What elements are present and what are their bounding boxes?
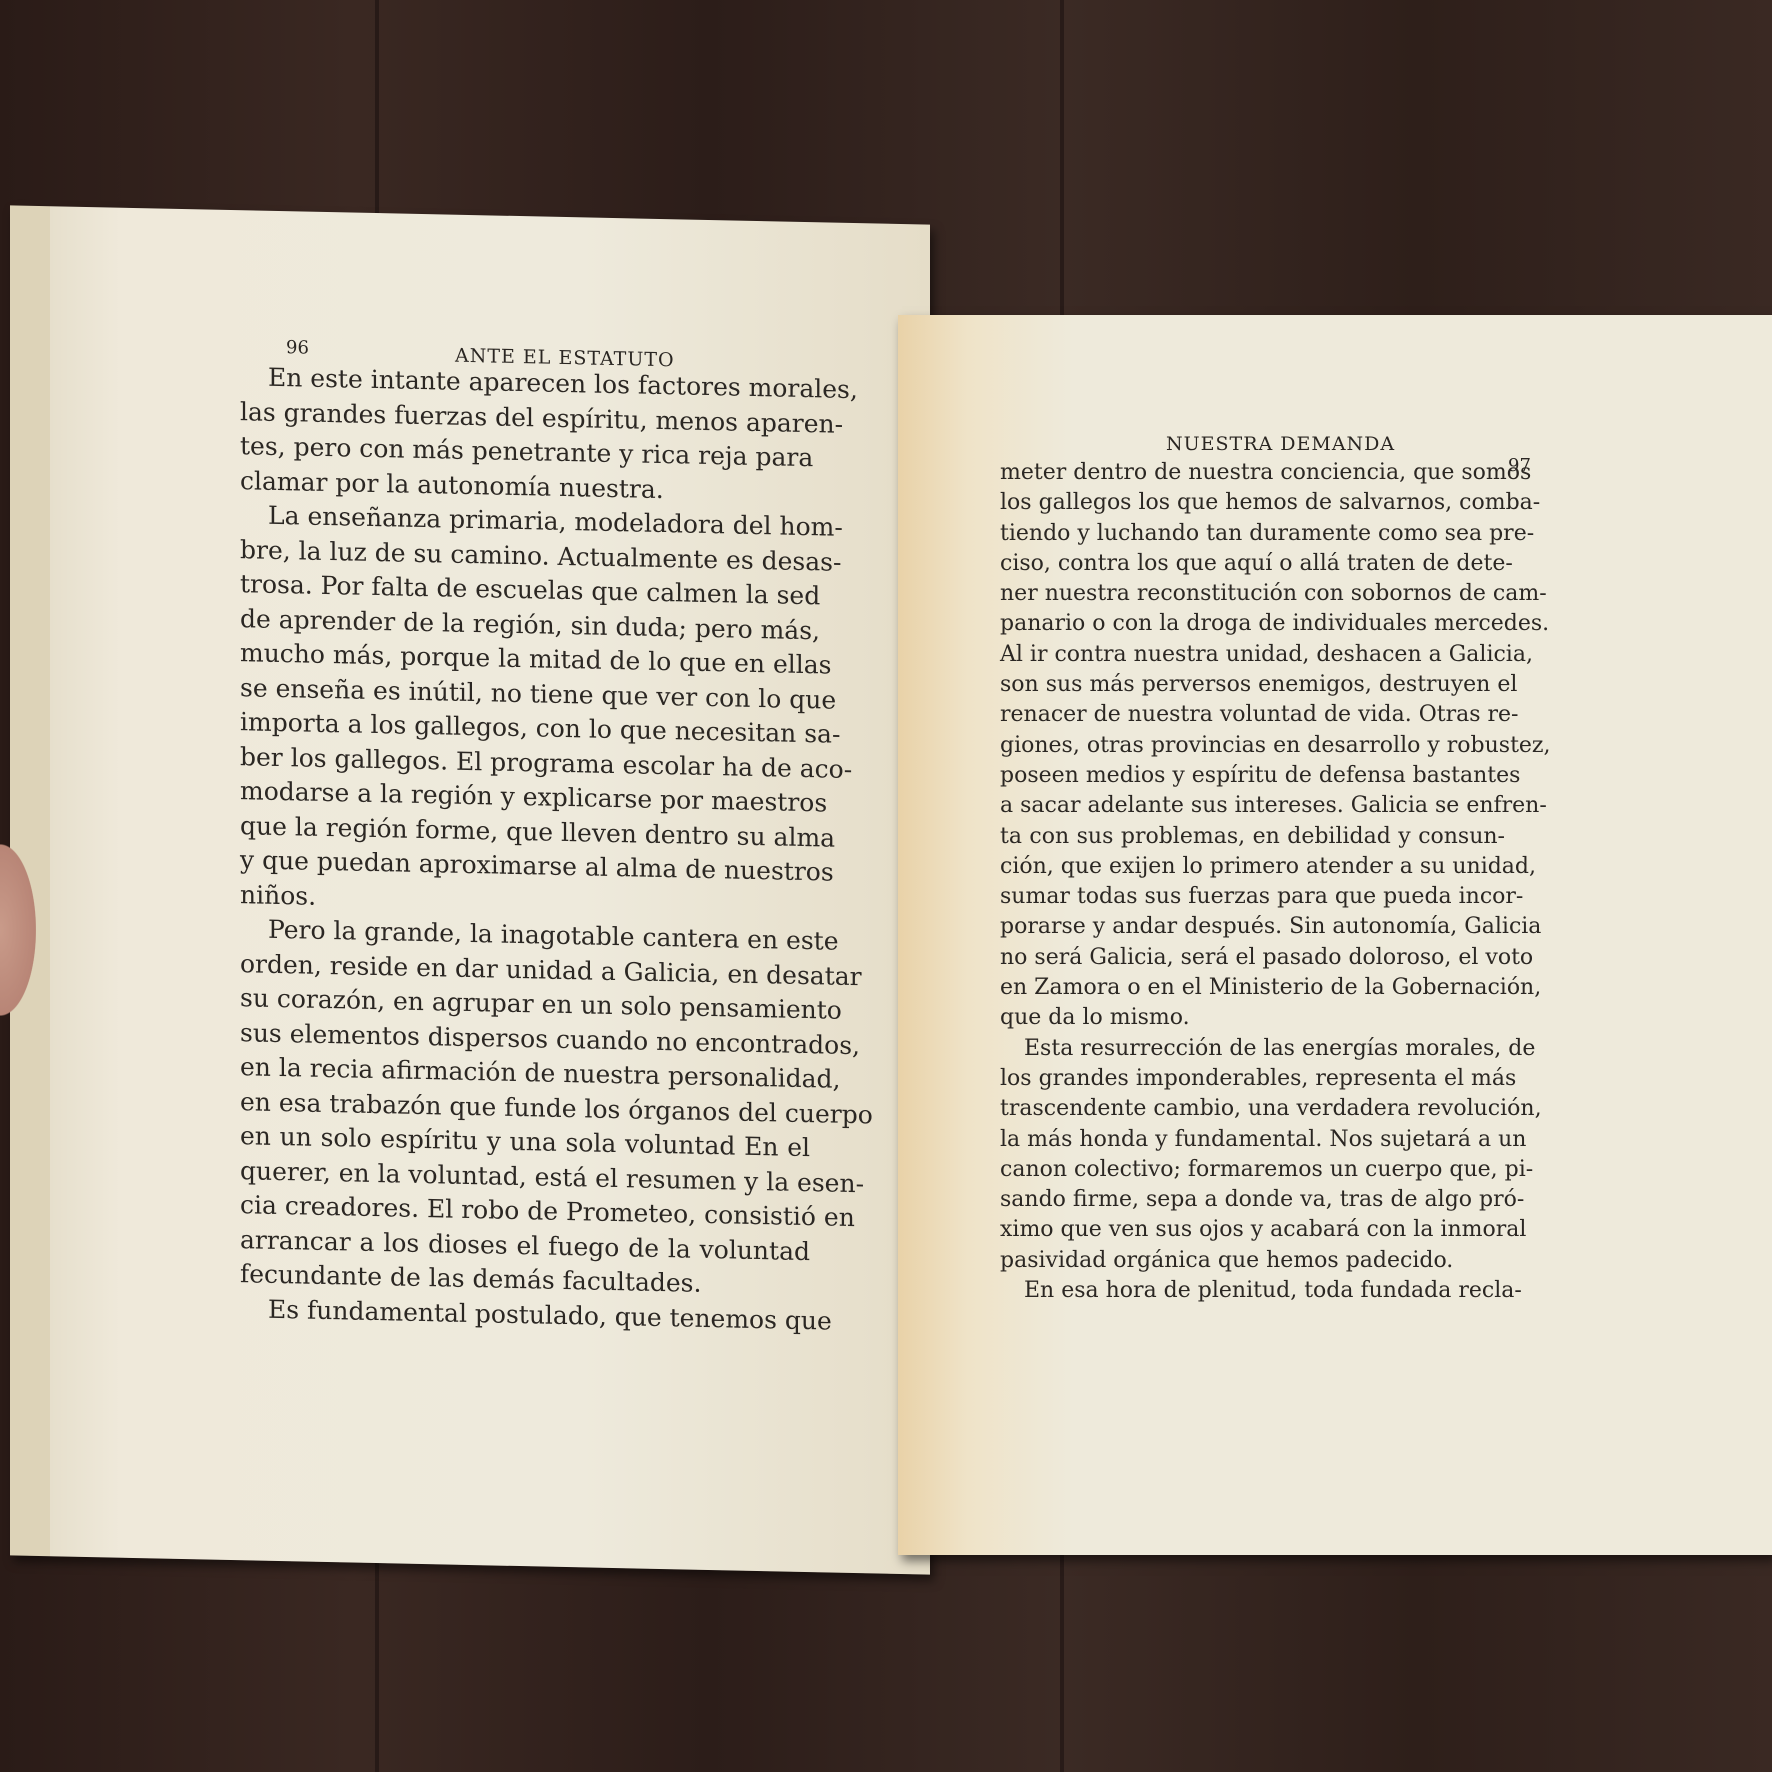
text-line: trascendente cambio, una verdadera revol… [1000,1094,1505,1124]
right-page: NUESTRA DEMANDA 97 meter dentro de nuest… [898,315,1772,1555]
page-number: 96 [286,337,309,358]
text-line: panario o con la droga de individuales m… [1000,609,1505,639]
open-book: 96 ANTE EL ESTATUTO En este intante apar… [0,205,1772,1575]
text-line: son sus más perversos enemigos, destruye… [1000,670,1505,700]
text-line: ción, que exijen lo primero atender a su… [1000,852,1505,882]
right-page-body: meter dentro de nuestra conciencia, que … [1000,458,1505,1306]
text-line: en Zamora o en el Ministerio de la Gober… [1000,973,1505,1003]
text-line: ciso, contra los que aquí o allá traten … [1000,549,1505,579]
text-line: tiendo y luchando tan duramente como sea… [1000,519,1505,549]
text-line: sumar todas sus fuerzas para que pueda i… [1000,882,1505,912]
text-line: sando firme, sepa a donde va, tras de al… [1000,1185,1505,1215]
text-line: los gallegos los que hemos de salvarnos,… [1000,488,1505,518]
text-line: meter dentro de nuestra conciencia, que … [1000,458,1505,488]
running-head: NUESTRA DEMANDA [1166,433,1395,455]
text-line: renacer de nuestra voluntad de vida. Otr… [1000,700,1505,730]
text-line: canon colectivo; formaremos un cuerpo qu… [1000,1155,1505,1185]
text-line: ta con sus problemas, en debilidad y con… [1000,822,1505,852]
thumb [0,830,42,1030]
text-line: pasividad orgánica que hemos padecido. [1000,1246,1505,1276]
text-line: Esta resurrección de las energías morale… [1000,1034,1505,1064]
text-line: ximo que ven sus ojos y acabará con la i… [1000,1215,1505,1245]
text-line: giones, otras provincias en desarrollo y… [1000,731,1505,761]
text-line: que da lo mismo. [1000,1003,1505,1033]
text-line: a sacar adelante sus intereses. Galicia … [1000,791,1505,821]
left-page: 96 ANTE EL ESTATUTO En este intante apar… [10,205,930,1574]
text-line: En esa hora de plenitud, toda fundada re… [1000,1276,1505,1306]
text-line: ner nuestra reconstitución con sobornos … [1000,579,1505,609]
left-page-body: En este intante aparecen los factores mo… [240,360,810,1338]
text-line: poseen medios y espíritu de defensa bast… [1000,761,1505,791]
text-line: no será Galicia, será el pasado doloroso… [1000,943,1505,973]
text-line: la más honda y fundamental. Nos sujetará… [1000,1125,1505,1155]
text-line: los grandes imponderables, representa el… [1000,1064,1505,1094]
text-line: porarse y andar después. Sin autonomía, … [1000,912,1505,942]
text-line: Al ir contra nuestra unidad, deshacen a … [1000,640,1505,670]
